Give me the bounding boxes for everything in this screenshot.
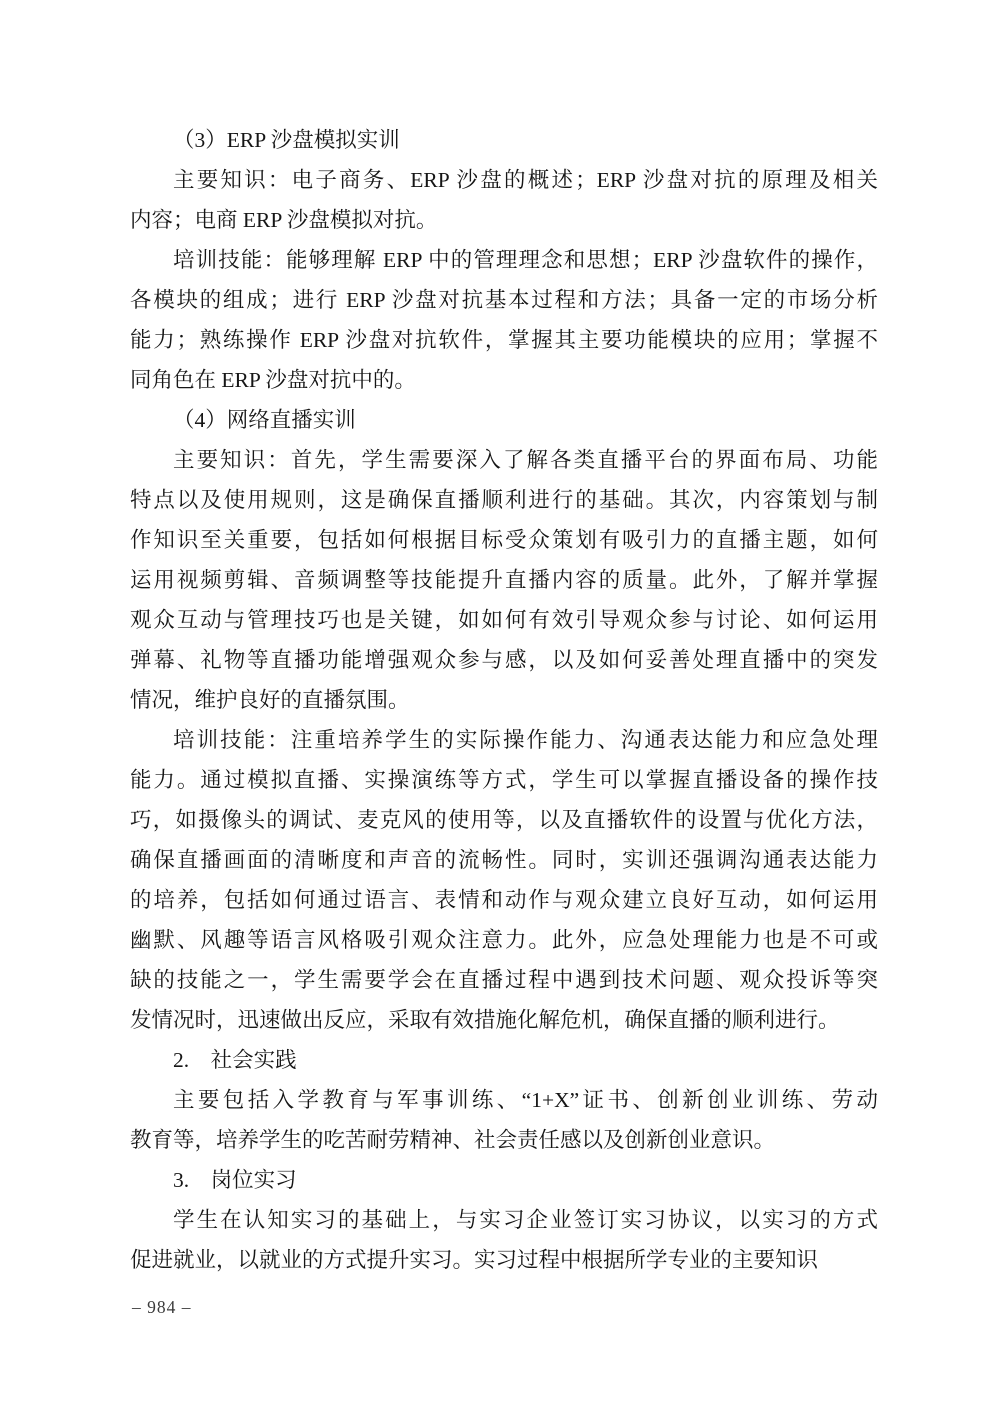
text-line: 培训技能：能够理解 ERP 中的管理理念和思想；ERP 沙盘软件的操作，	[130, 240, 878, 280]
text-line: 观众互动与管理技巧也是关键，如如何有效引导观众参与讨论、如何运用	[130, 600, 878, 640]
text-line: 运用视频剪辑、音频调整等技能提升直播内容的质量。此外，了解并掌握	[130, 560, 878, 600]
text-line: 培训技能：注重培养学生的实际操作能力、沟通表达能力和应急处理	[130, 720, 878, 760]
text-line: 主要知识：电子商务、ERP 沙盘的概述；ERP 沙盘对抗的原理及相关	[130, 160, 878, 200]
text-line: 情况，维护良好的直播氛围。	[130, 680, 878, 720]
heading-line: （4）网络直播实训	[130, 400, 878, 440]
text-line: 内容；电商 ERP 沙盘模拟对抗。	[130, 200, 878, 240]
text-line: 作知识至关重要，包括如何根据目标受众策划有吸引力的直播主题，如何	[130, 520, 878, 560]
text-line: 同角色在 ERP 沙盘对抗中的。	[130, 360, 878, 400]
page-number-text: – 984 –	[132, 1297, 192, 1317]
text-line: 缺的技能之一，学生需要学会在直播过程中遇到技术问题、观众投诉等突	[130, 960, 878, 1000]
text-line: 幽默、风趣等语言风格吸引观众注意力。此外，应急处理能力也是不可或	[130, 920, 878, 960]
page-number: – 984 –	[132, 1295, 192, 1319]
text-line: 能力。通过模拟直播、实操演练等方式，学生可以掌握直播设备的操作技	[130, 760, 878, 800]
document-page: （3）ERP 沙盘模拟实训主要知识：电子商务、ERP 沙盘的概述；ERP 沙盘对…	[0, 0, 1000, 1414]
text-line: 主要知识：首先，学生需要深入了解各类直播平台的界面布局、功能	[130, 440, 878, 480]
text-line: 教育等，培养学生的吃苦耐劳精神、社会责任感以及创新创业意识。	[130, 1120, 878, 1160]
text-line: 特点以及使用规则，这是确保直播顺利进行的基础。其次，内容策划与制	[130, 480, 878, 520]
heading-line: 2. 社会实践	[130, 1040, 878, 1080]
text-line: 学生在认知实习的基础上，与实习企业签订实习协议，以实习的方式	[130, 1200, 878, 1240]
text-line: 能力；熟练操作 ERP 沙盘对抗软件，掌握其主要功能模块的应用；掌握不	[130, 320, 878, 360]
heading-line: 3. 岗位实习	[130, 1160, 878, 1200]
text-line: 确保直播画面的清晰度和声音的流畅性。同时，实训还强调沟通表达能力	[130, 840, 878, 880]
heading-line: （3）ERP 沙盘模拟实训	[130, 120, 878, 160]
document-body: （3）ERP 沙盘模拟实训主要知识：电子商务、ERP 沙盘的概述；ERP 沙盘对…	[130, 120, 878, 1280]
text-line: 各模块的组成；进行 ERP 沙盘对抗基本过程和方法；具备一定的市场分析	[130, 280, 878, 320]
text-line: 促进就业，以就业的方式提升实习。实习过程中根据所学专业的主要知识	[130, 1240, 878, 1280]
text-line: 弹幕、礼物等直播功能增强观众参与感，以及如何妥善处理直播中的突发	[130, 640, 878, 680]
text-line: 主要包括入学教育与军事训练、“1+X”证书、创新创业训练、劳动	[130, 1080, 878, 1120]
text-line: 巧，如摄像头的调试、麦克风的使用等，以及直播软件的设置与优化方法，	[130, 800, 878, 840]
text-line: 的培养，包括如何通过语言、表情和动作与观众建立良好互动，如何运用	[130, 880, 878, 920]
text-line: 发情况时，迅速做出反应，采取有效措施化解危机，确保直播的顺利进行。	[130, 1000, 878, 1040]
